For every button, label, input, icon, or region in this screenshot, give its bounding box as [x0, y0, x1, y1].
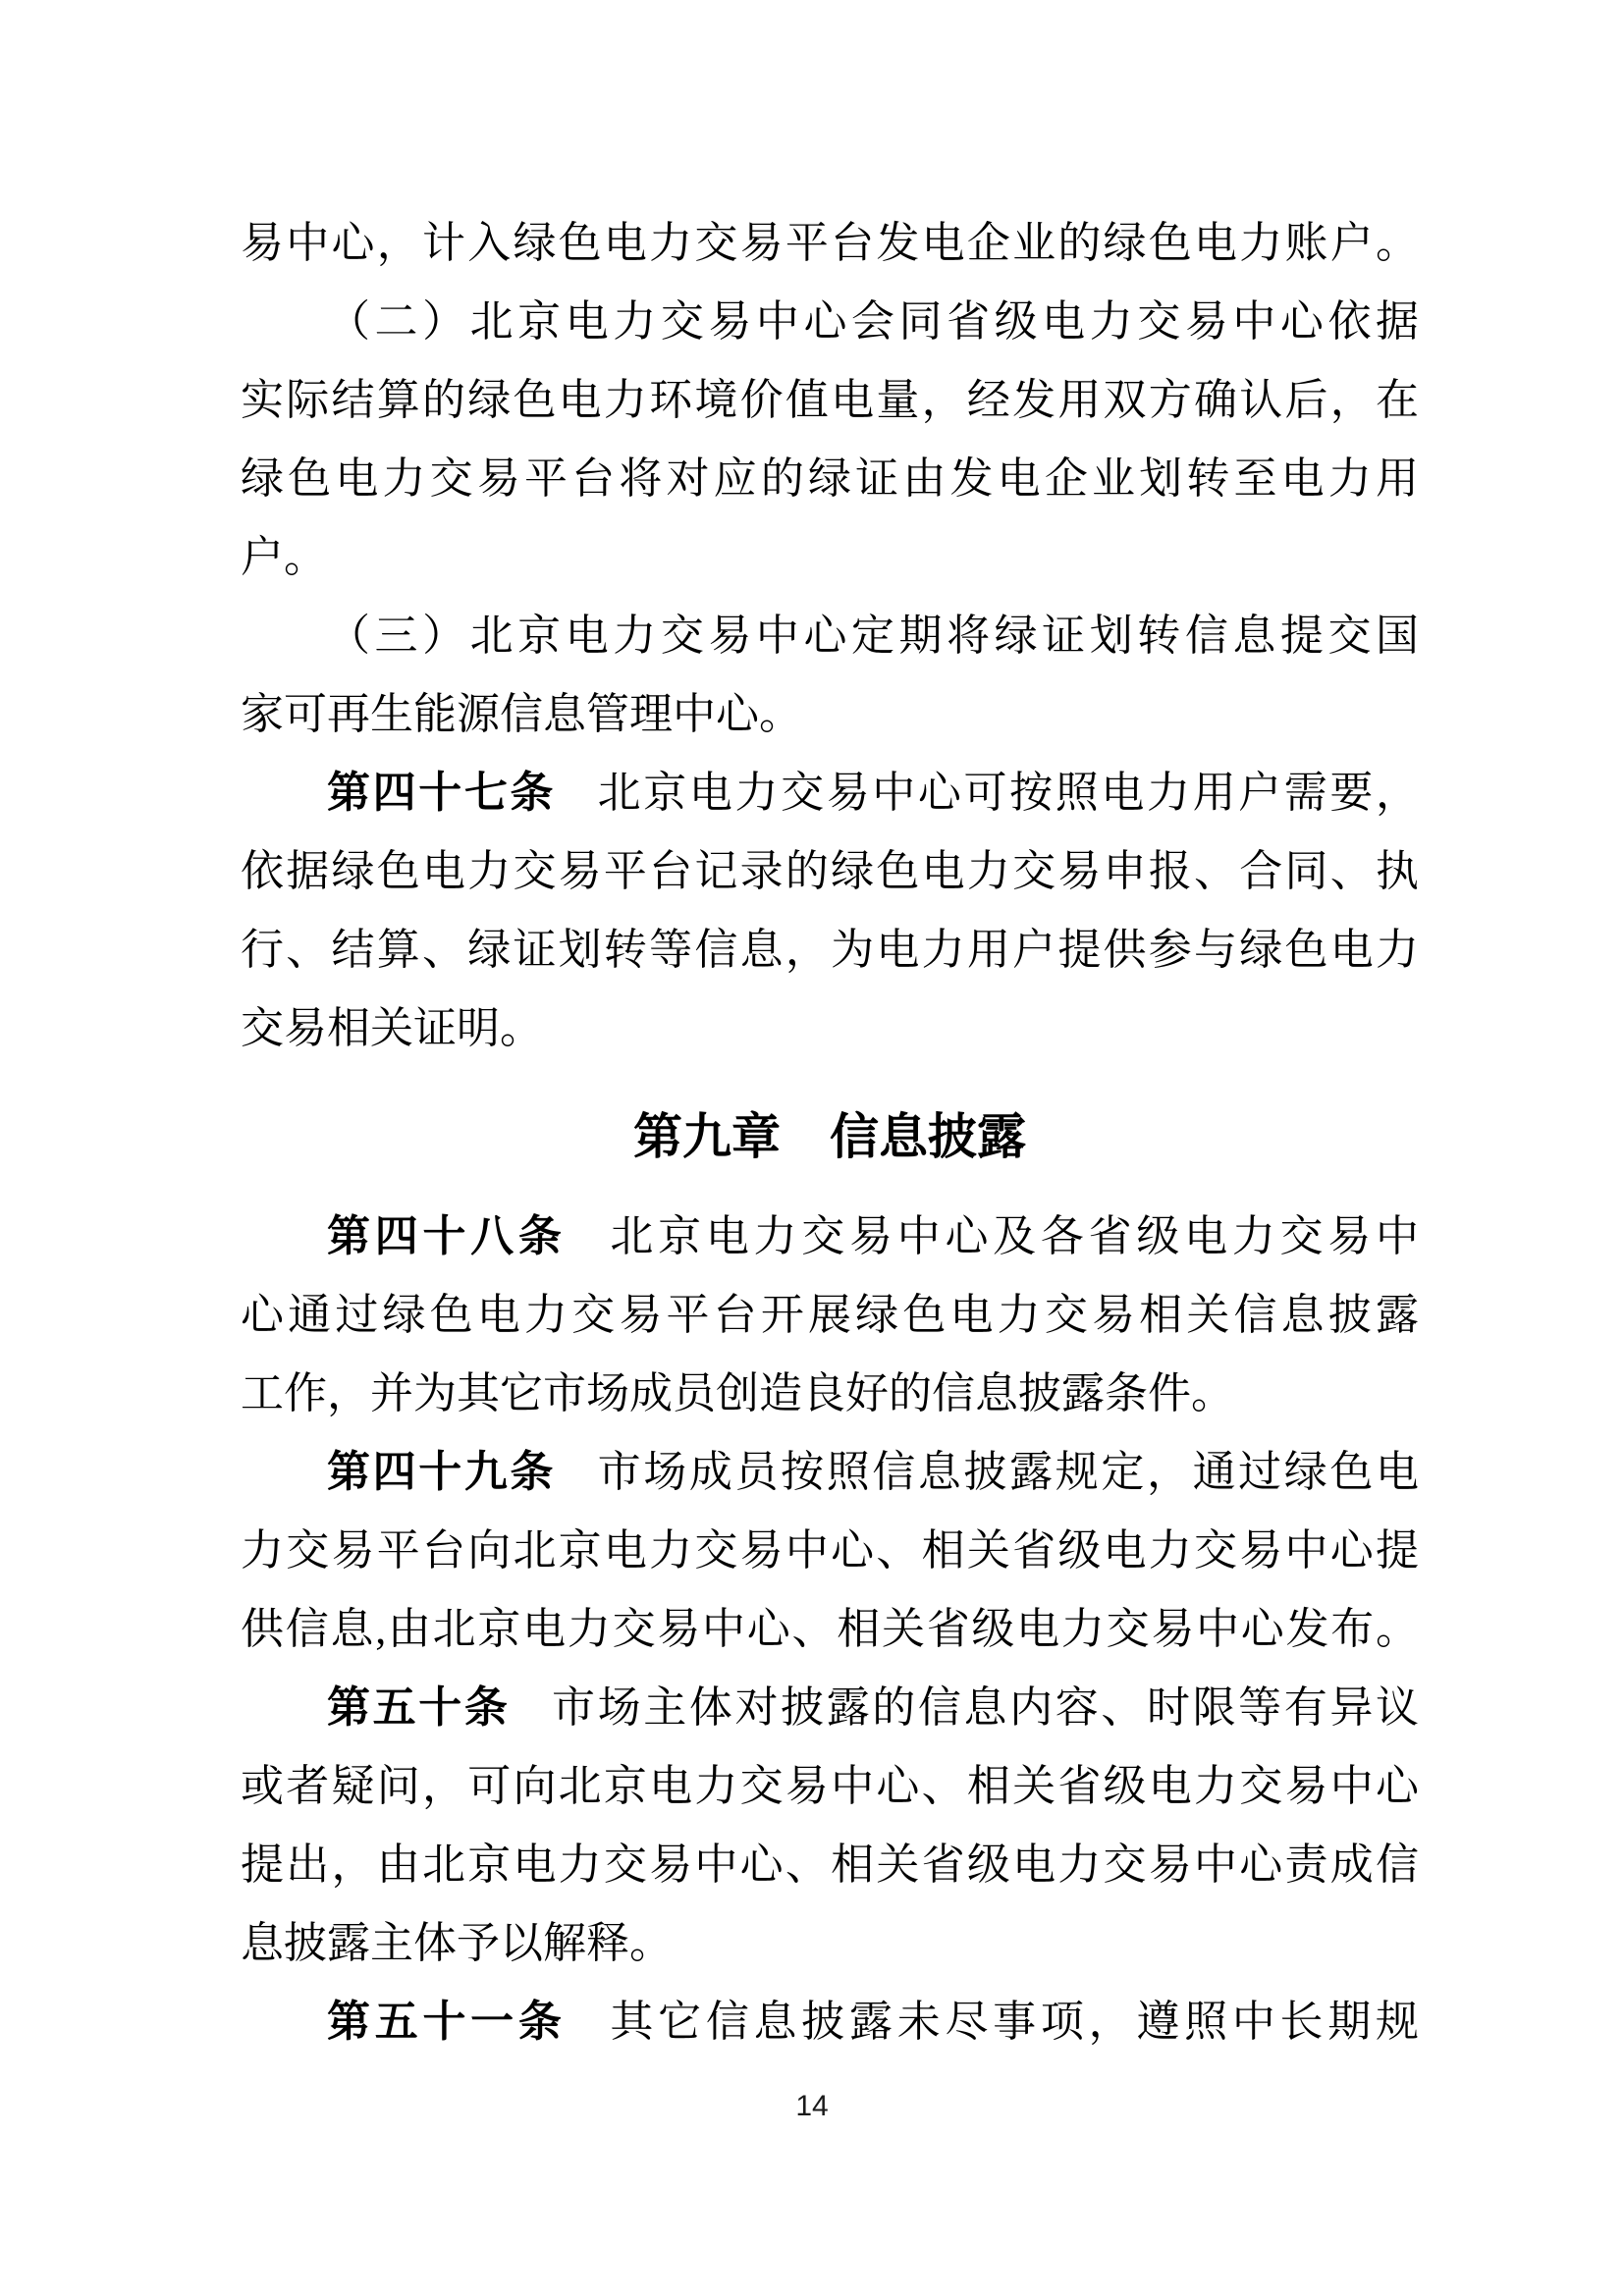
- document-page: 易中心，计入绿色电力交易平台发电企业的绿色电力账户。（二）北京电力交易中心会同省…: [0, 0, 1624, 2296]
- text-line: 第五十一条其它信息披露未尽事项，遵照中长期规: [241, 1983, 1419, 2061]
- text-line: （三）北京电力交易中心定期将绿证划转信息提交国: [241, 597, 1419, 675]
- article-text: 市场成员按照信息披露规定，通过绿色电: [595, 1448, 1419, 1496]
- article-number: 第四十八条: [327, 1212, 567, 1260]
- article-number: 第四十七条: [327, 769, 556, 817]
- page-number: 14: [795, 2090, 828, 2122]
- text-line: 行、结算、绿证划转等信息，为电力用户提供参与绿色电力: [241, 911, 1419, 989]
- article-number: 第五十一条: [327, 1998, 567, 2046]
- text-line: 心通过绿色电力交易平台开展绿色电力交易相关信息披露: [241, 1276, 1419, 1355]
- text-line: 第四十九条市场成员按照信息披露规定，通过绿色电: [241, 1433, 1419, 1512]
- article-text: 北京电力交易中心可按照电力用户需要，: [595, 769, 1419, 817]
- text-line: 依据绿色电力交易平台记录的绿色电力交易申报、合同、执: [241, 832, 1419, 911]
- text-line: 或者疑问，可向北京电力交易中心、相关省级电力交易中心: [241, 1747, 1419, 1826]
- text-line: 家可再生能源信息管理中心。: [241, 675, 1419, 754]
- article-text: 市场主体对披露的信息内容、时限等有异议: [549, 1683, 1419, 1732]
- article-number: 第四十九条: [327, 1448, 556, 1496]
- page-footer: 14: [0, 2087, 1624, 2126]
- text-line: 交易相关证明。: [241, 989, 1419, 1068]
- text-line: 息披露主体予以解释。: [241, 1904, 1419, 1983]
- text-line: 提出，由北京电力交易中心、相关省级电力交易中心责成信: [241, 1826, 1419, 1904]
- text-line: 供信息,由北京电力交易中心、相关省级电力交易中心发布。: [241, 1590, 1419, 1669]
- text-line: 第四十八条北京电力交易中心及各省级电力交易中: [241, 1198, 1419, 1276]
- article-number: 第五十条: [327, 1683, 510, 1732]
- text-line: 绿色电力交易平台将对应的绿证由发电企业划转至电力用: [241, 440, 1419, 518]
- text-line: 力交易平台向北京电力交易中心、相关省级电力交易中心提: [241, 1512, 1419, 1590]
- text-line: 第五十条市场主体对披露的信息内容、时限等有异议: [241, 1669, 1419, 1747]
- text-line: 实际结算的绿色电力环境价值电量，经发用双方确认后，在: [241, 361, 1419, 440]
- article-text: 其它信息披露未尽事项，遵照中长期规: [606, 1998, 1419, 2046]
- text-line: 工作，并为其它市场成员创造良好的信息披露条件。: [241, 1355, 1419, 1433]
- article-text: 北京电力交易中心及各省级电力交易中: [606, 1212, 1419, 1260]
- text-line: 户。: [241, 518, 1419, 597]
- text-line: （二）北京电力交易中心会同省级电力交易中心依据: [241, 283, 1419, 361]
- text-line: 易中心，计入绿色电力交易平台发电企业的绿色电力账户。: [241, 204, 1419, 283]
- chapter-heading: 第九章 信息披露: [241, 1095, 1419, 1178]
- text-line: 第四十七条北京电力交易中心可按照电力用户需要，: [241, 754, 1419, 832]
- page-body: 易中心，计入绿色电力交易平台发电企业的绿色电力账户。（二）北京电力交易中心会同省…: [241, 204, 1419, 2061]
